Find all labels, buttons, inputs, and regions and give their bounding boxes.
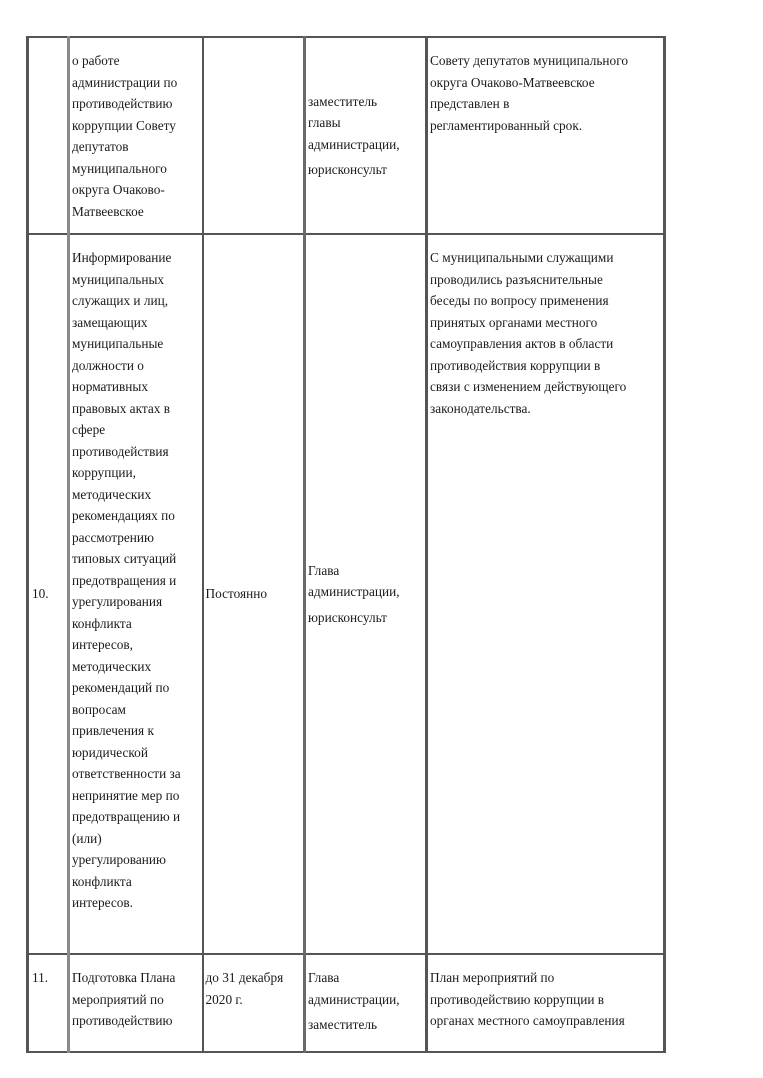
row-number-cell (28, 37, 69, 234)
result-cell: Совету депутатов муниципального округа О… (427, 37, 665, 234)
measure-text: Подготовка Плана мероприятий по противод… (72, 967, 200, 1032)
result-text: С муниципальными служащими проводились р… (430, 247, 661, 419)
result-text: План мероприятий по противодействию корр… (430, 967, 661, 1032)
term-text: до 31 декабря 2020 г. (206, 967, 302, 1010)
table-row: о работе администрации по противодействи… (28, 37, 665, 234)
measure-cell: Информирование муниципальных служащих и … (69, 234, 203, 954)
responsible-cell: Глава администрации, заместитель (305, 954, 427, 1052)
responsible-text: заместитель главы администрации, юрискон… (308, 91, 423, 181)
responsible-text: Глава администрации, юрисконсульт (308, 560, 423, 629)
table-row: 10. Информирование муниципальных служащи… (28, 234, 665, 954)
measure-cell: Подготовка Плана мероприятий по противод… (69, 954, 203, 1052)
result-cell: С муниципальными служащими проводились р… (427, 234, 665, 954)
row-number-cell: 10. (28, 234, 69, 954)
result-text: Совету депутатов муниципального округа О… (430, 50, 661, 136)
measure-text: о работе администрации по противодействи… (72, 50, 200, 222)
responsible-cell: Глава администрации, юрисконсульт (305, 234, 427, 954)
responsible-cell: заместитель главы администрации, юрискон… (305, 37, 427, 234)
measure-text: Информирование муниципальных служащих и … (72, 247, 200, 914)
responsible-text: Глава администрации, заместитель (308, 967, 423, 1036)
term-cell: Постоянно (203, 234, 305, 954)
table-row: 11. Подготовка Плана мероприятий по прот… (28, 954, 665, 1052)
result-cell: План мероприятий по противодействию корр… (427, 954, 665, 1052)
row-number-cell: 11. (28, 954, 69, 1052)
measure-cell: о работе администрации по противодействи… (69, 37, 203, 234)
term-cell (203, 37, 305, 234)
term-cell: до 31 декабря 2020 г. (203, 954, 305, 1052)
anticorruption-plan-table: о работе администрации по противодействи… (26, 36, 666, 1053)
